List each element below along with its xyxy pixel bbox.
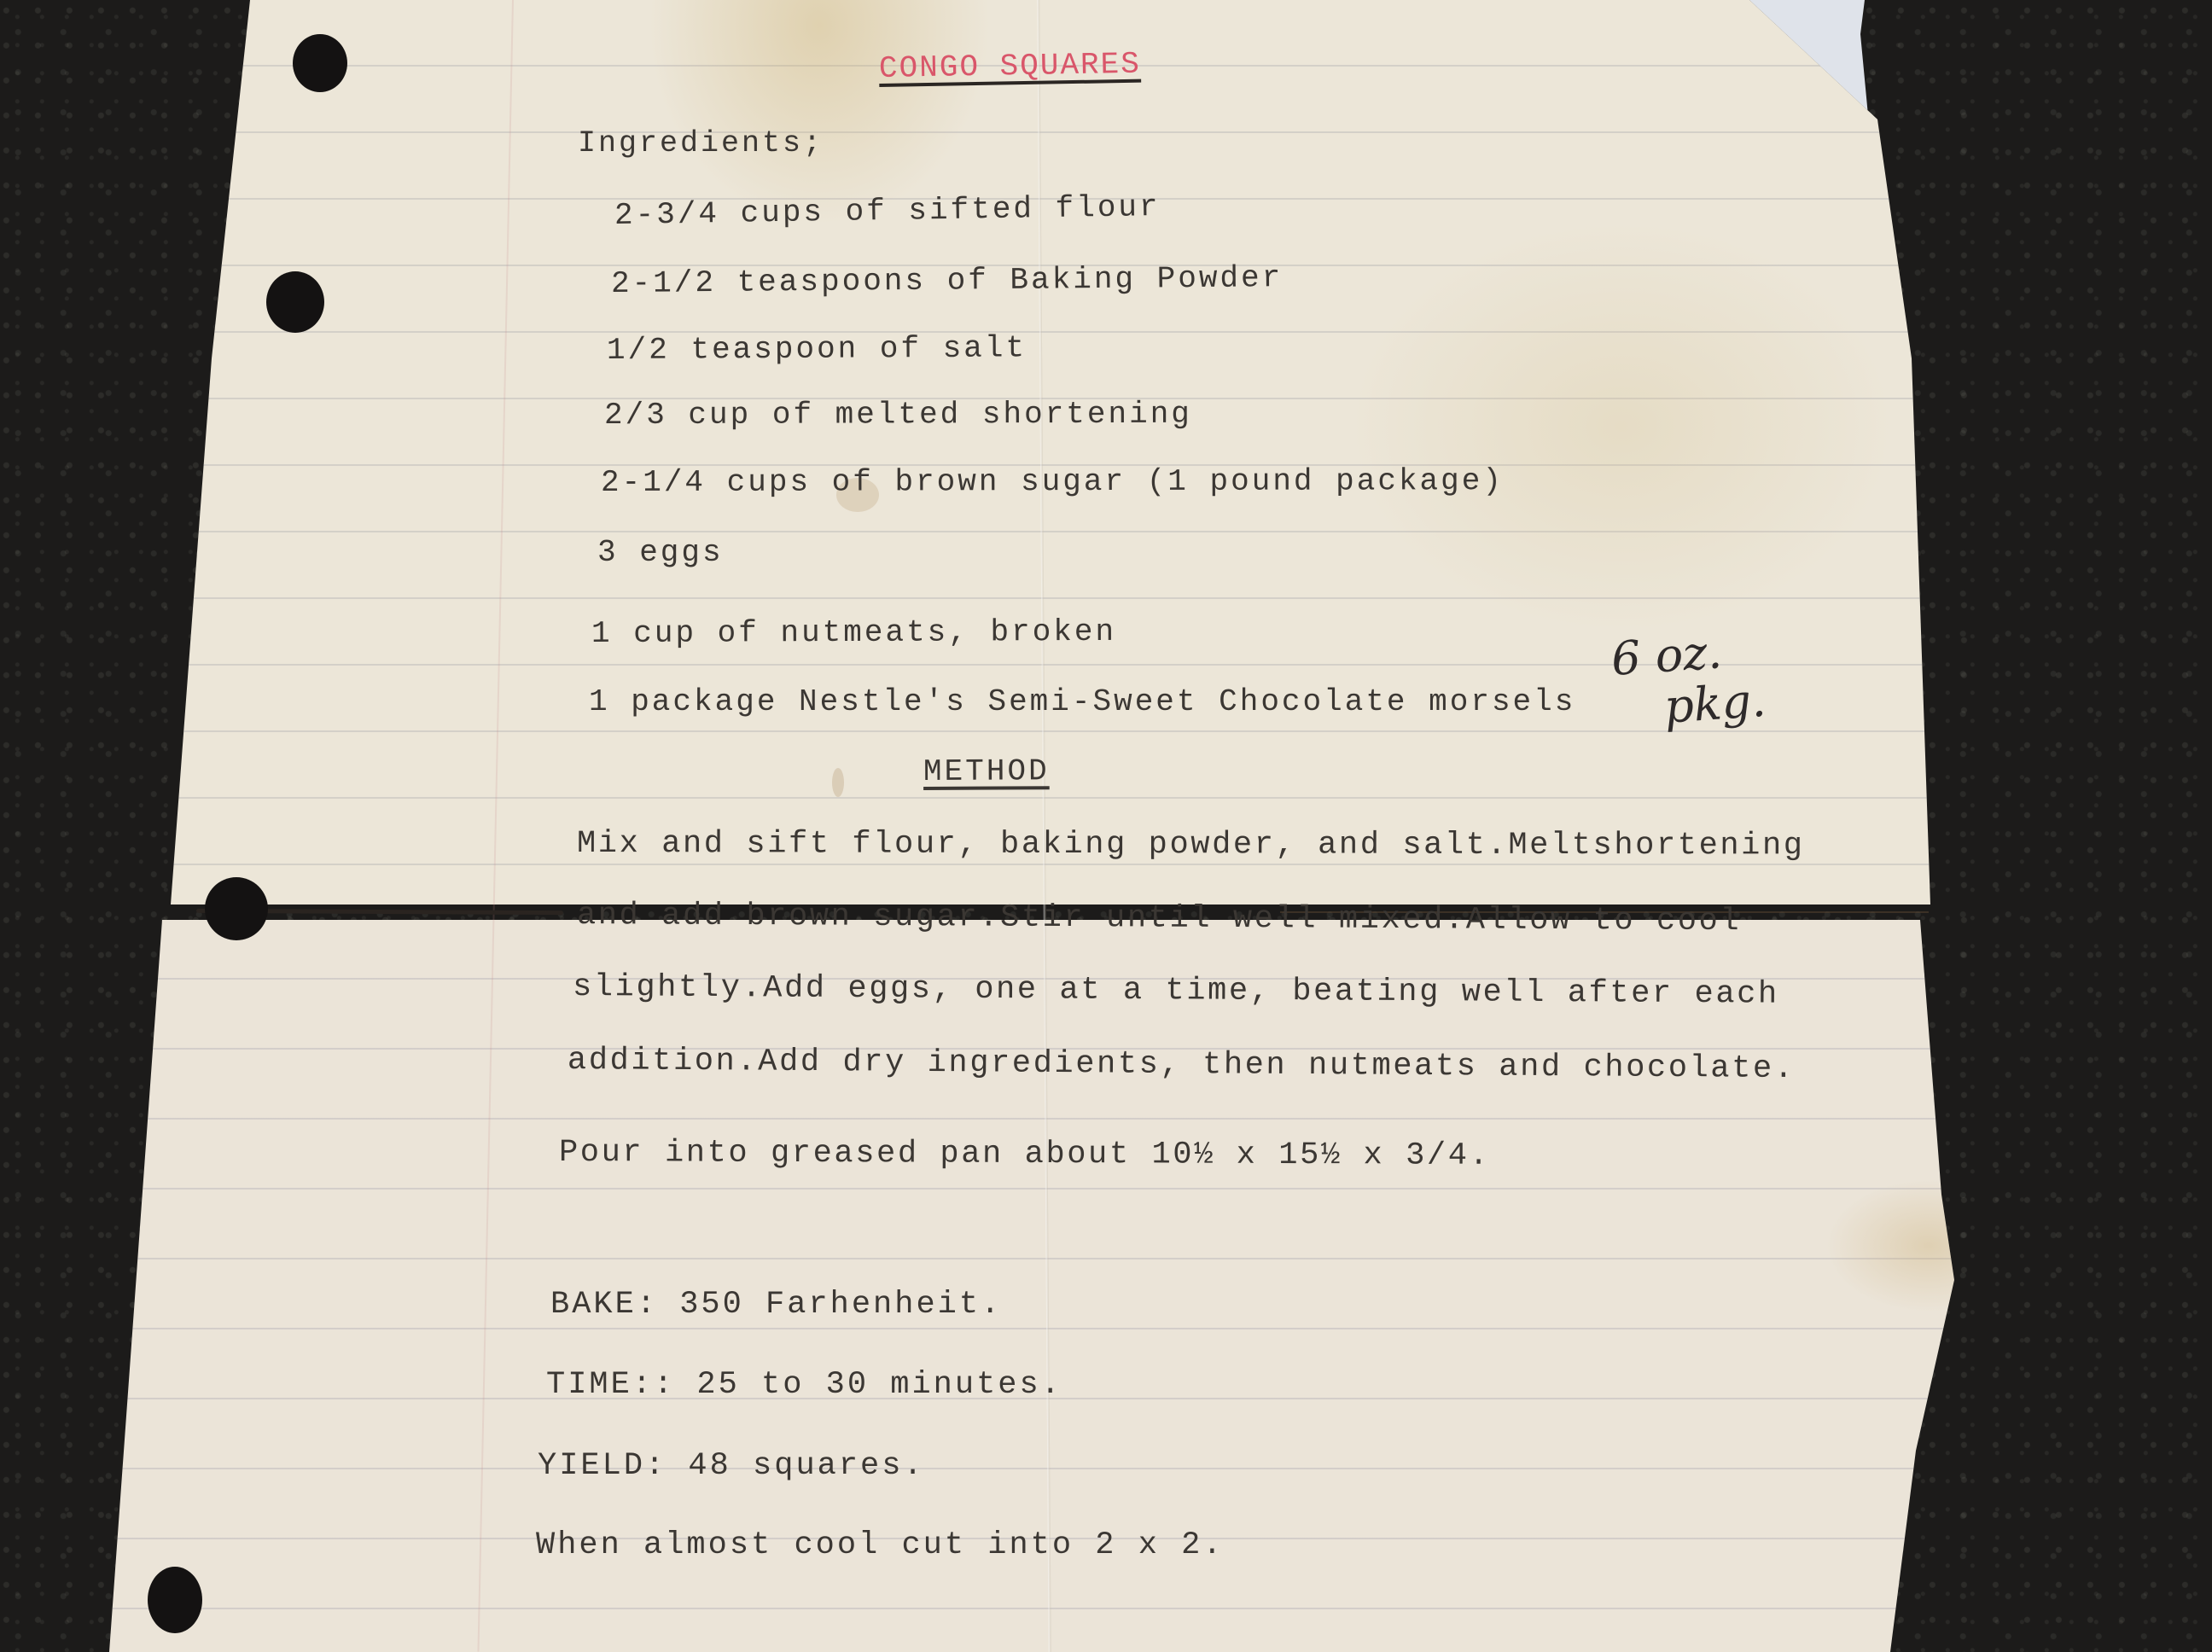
ingredient-item: 3 eggs [597, 535, 724, 570]
method-line: slightly.Add eggs, one at a time, beatin… [573, 969, 1779, 1013]
ingredient-item: 1 cup of nutmeats, broken [591, 614, 1116, 651]
handwritten-note: 6 oz. pkg. [1610, 620, 1813, 736]
punch-hole [148, 1567, 202, 1633]
recipe-yield: YIELD: 48 squares. [538, 1448, 925, 1484]
cutting-note: When almost cool cut into 2 x 2. [536, 1527, 1225, 1563]
punch-hole [266, 271, 324, 333]
punch-hole [293, 34, 347, 92]
ingredient-item: 2-1/2 teaspoons of Baking Powder [611, 260, 1284, 301]
stain-mark [832, 768, 844, 797]
recipe-title: CONGO SQUARES [879, 47, 1142, 86]
ingredients-heading: Ingredients; [578, 126, 824, 160]
method-line: Pour into greased pan about 10½ x 15½ x … [559, 1135, 1490, 1174]
method-line: and add brown sugar.Stir until well mixe… [577, 898, 1741, 939]
ingredient-item: 1/2 teaspoon of salt [607, 330, 1027, 368]
bake-time: TIME:: 25 to 30 minutes. [546, 1367, 1062, 1403]
ingredient-item: 2/3 cup of melted shortening [604, 397, 1192, 433]
punch-hole [205, 877, 268, 940]
ingredient-item: 2-1/4 cups of brown sugar (1 pound packa… [601, 463, 1504, 500]
method-line: Mix and sift flour, baking powder, and s… [577, 826, 1805, 864]
method-heading: METHOD [923, 753, 1050, 789]
bake-temperature: BAKE: 350 Farhenheit. [550, 1287, 1002, 1323]
ingredient-item: 1 package Nestle's Semi-Sweet Chocolate … [589, 684, 1575, 719]
